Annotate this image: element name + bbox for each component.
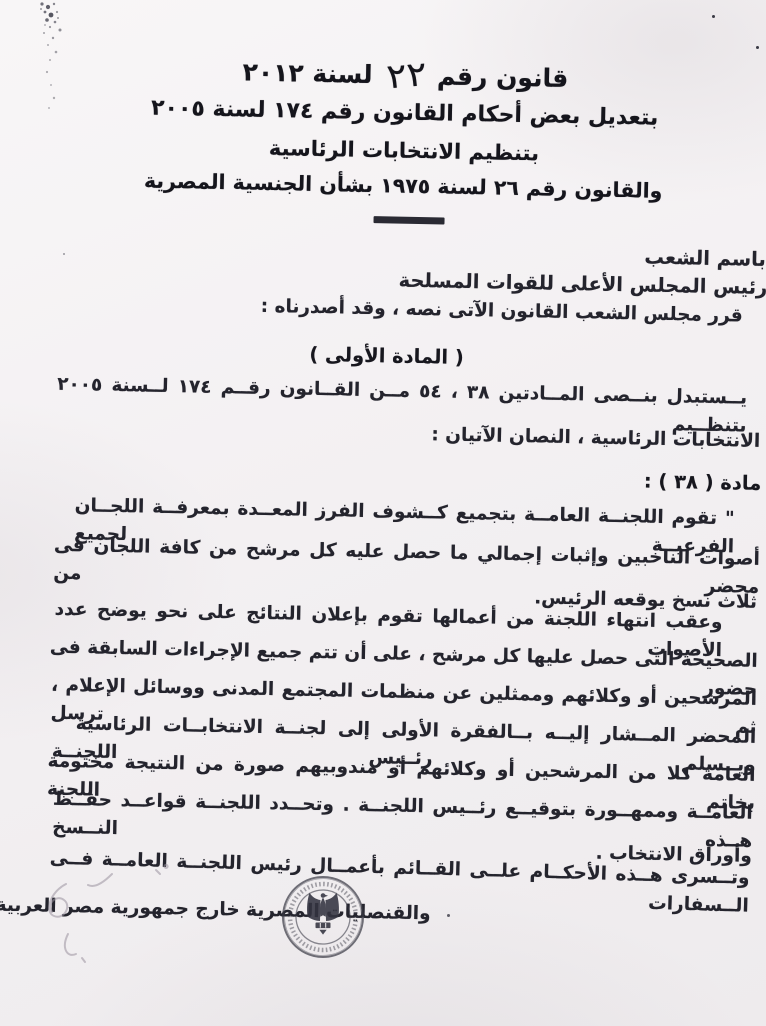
law-year-suffix: لسنة ٢٠١٢	[242, 57, 373, 89]
law-number-prefix: قانون رقم	[437, 61, 569, 93]
header-divider	[373, 216, 444, 224]
official-eagle-stamp-icon	[281, 875, 365, 959]
doc-line-basim: باسم الشعب	[644, 244, 766, 274]
scan-speck	[756, 46, 759, 49]
header-title-line4: والقانون رقم ٢٦ لسنة ١٩٧٥ بشأن الجنسية ا…	[35, 166, 766, 205]
scan-speck	[712, 15, 715, 18]
header-title-line2: بتعديل بعض أحكام القانون رقم ١٧٤ لسنة ٢٠…	[37, 93, 766, 133]
egypt-eagle-icon	[307, 893, 339, 935]
scan-noise-topleft	[20, 0, 80, 120]
doc-line-intikhabat: الانتخابات الرئاسية ، النصان الآتيان :	[431, 421, 760, 456]
header-title-line3: بتنظيم الانتخابات الرئاسية	[36, 131, 766, 170]
scan-speck	[63, 253, 65, 255]
stray-period-dot	[447, 914, 450, 917]
header-title-line1: قانون رقم٢٢لسنة ٢٠١٢	[37, 45, 766, 100]
article-one-heading: ( المادة الأولى )	[309, 341, 464, 372]
pencil-marks	[38, 862, 198, 972]
scanned-document-page: قانون رقم٢٢لسنة ٢٠١٢ بتعديل بعض أحكام ال…	[0, 0, 766, 1026]
article-38-heading: مادة ( ٣٨ ) :	[644, 468, 762, 498]
handwritten-law-number: ٢٢	[385, 54, 428, 97]
